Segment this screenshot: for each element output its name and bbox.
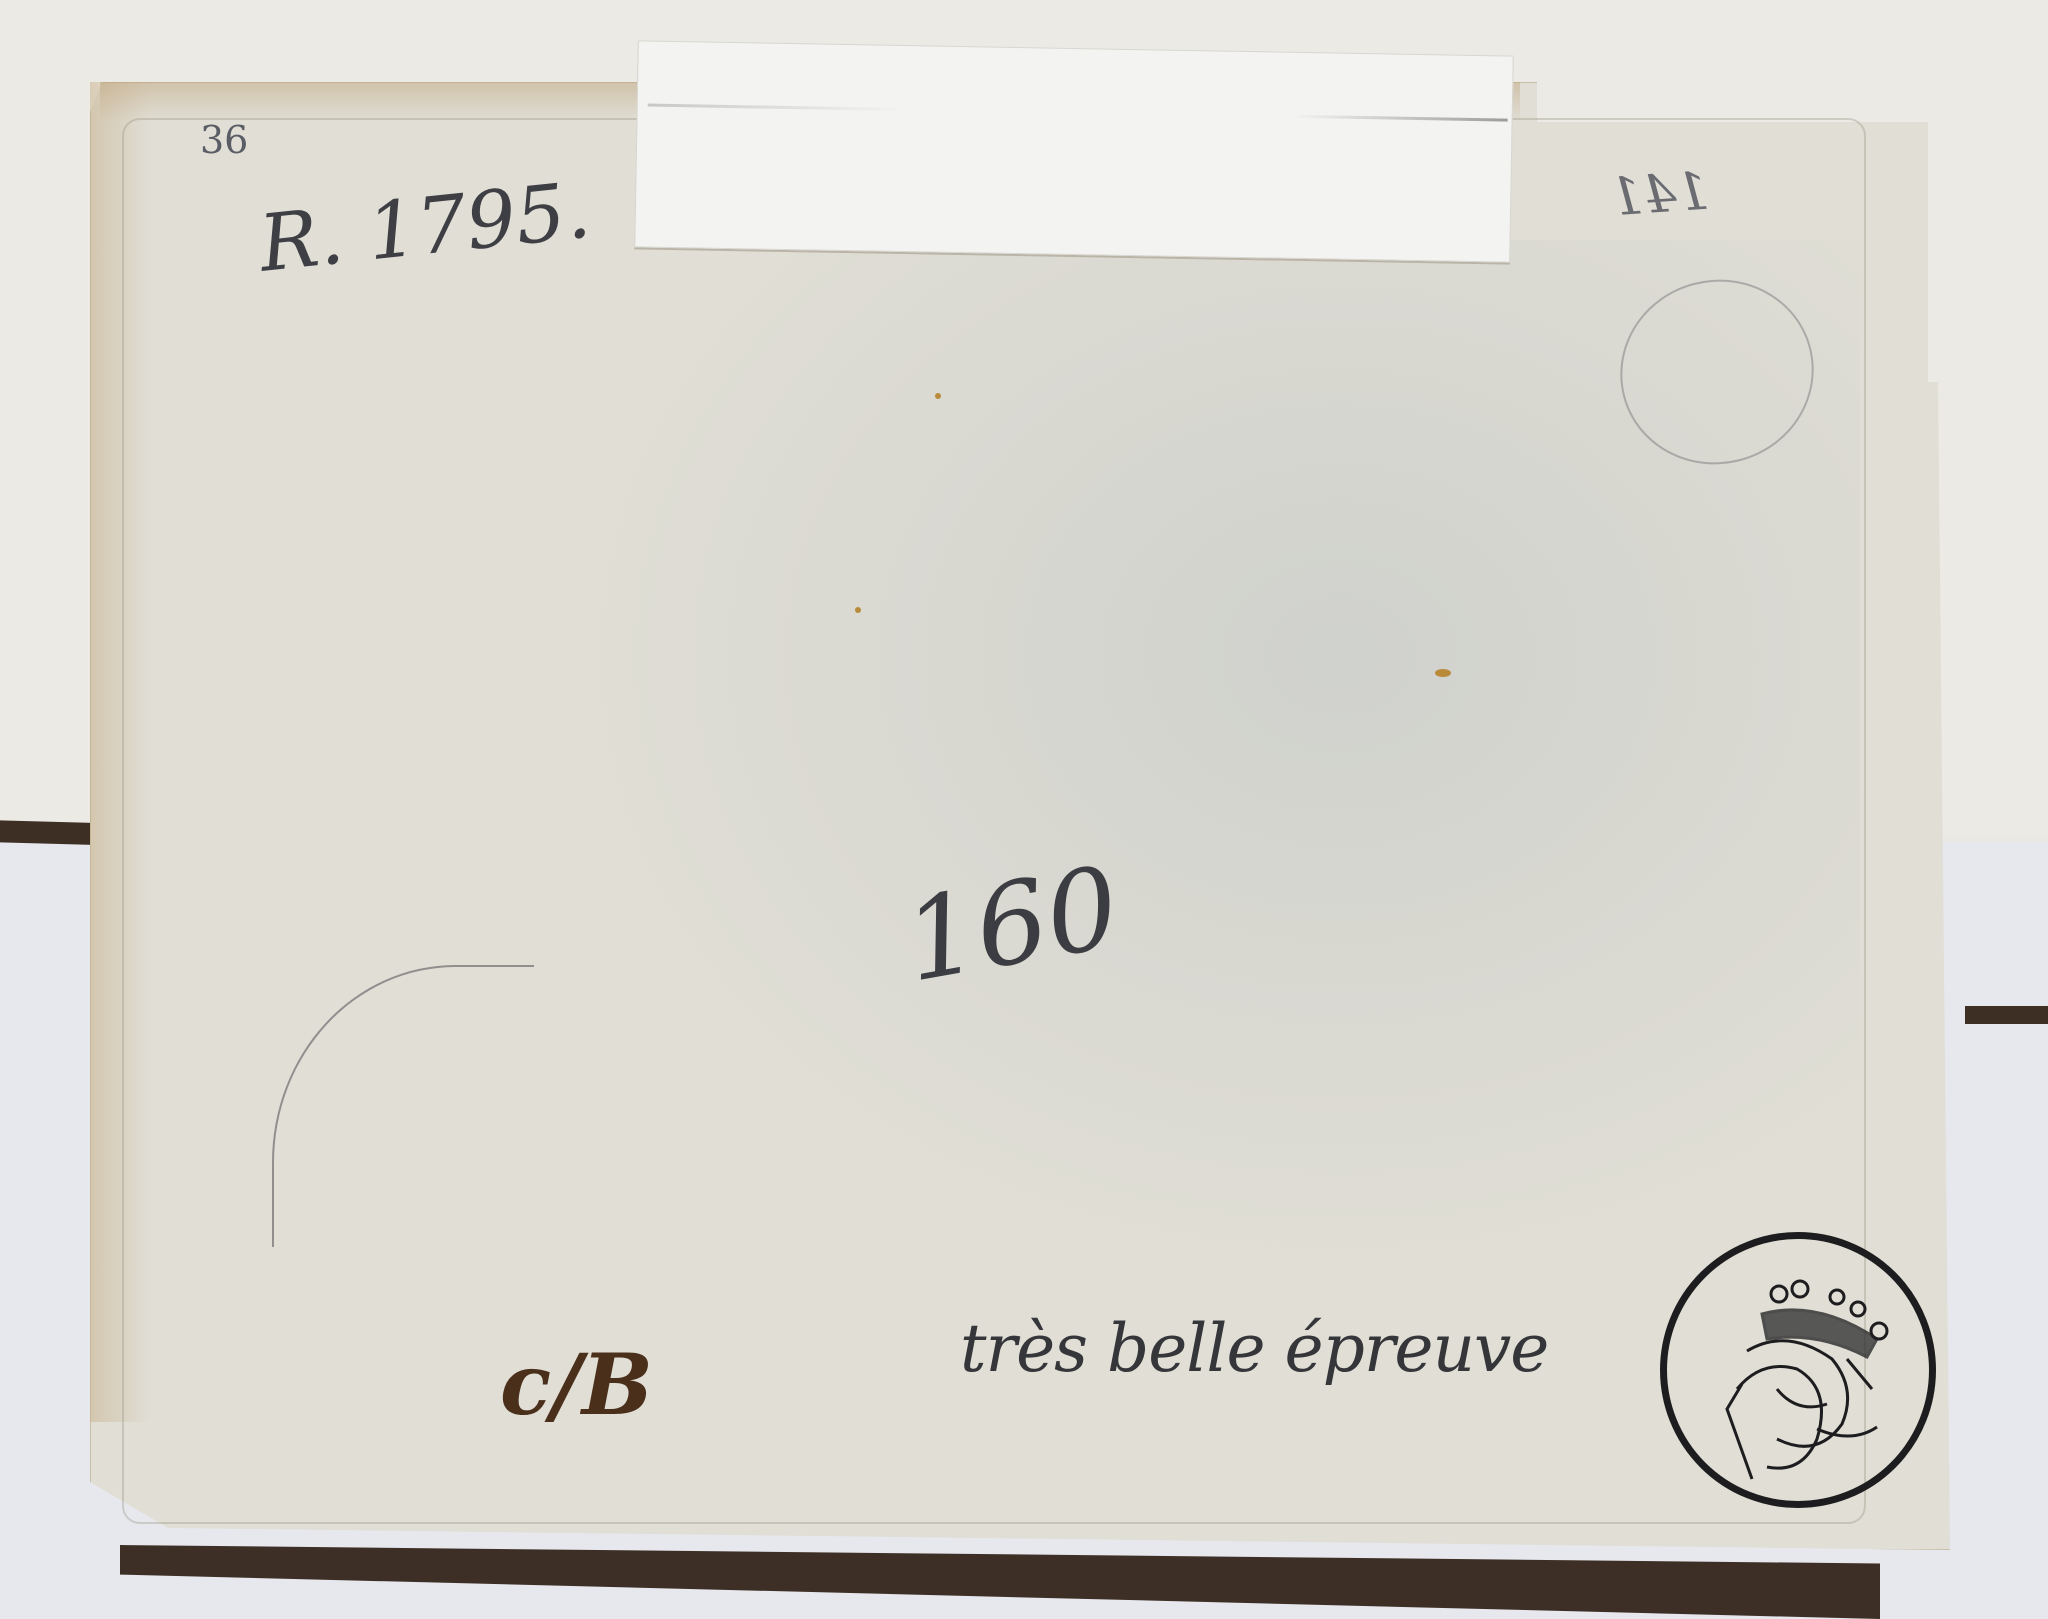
foxing-spot: [935, 393, 941, 399]
collector-stamp: [1660, 1232, 1936, 1508]
inventory-number: 36: [200, 118, 248, 162]
ink-price-code: c/B: [500, 1335, 653, 1434]
foxing-spot: [1435, 669, 1451, 677]
faint-show-through-number: 141: [1608, 162, 1711, 229]
coronet-monogram-icon: [1667, 1239, 1929, 1501]
hinge-tape: [634, 40, 1513, 262]
tape-crease: [648, 104, 1508, 122]
mount-edge-shadow-right: [1965, 1006, 2048, 1024]
quality-inscription: très belle épreuve: [960, 1310, 1548, 1387]
foxing-spot: [855, 607, 861, 613]
